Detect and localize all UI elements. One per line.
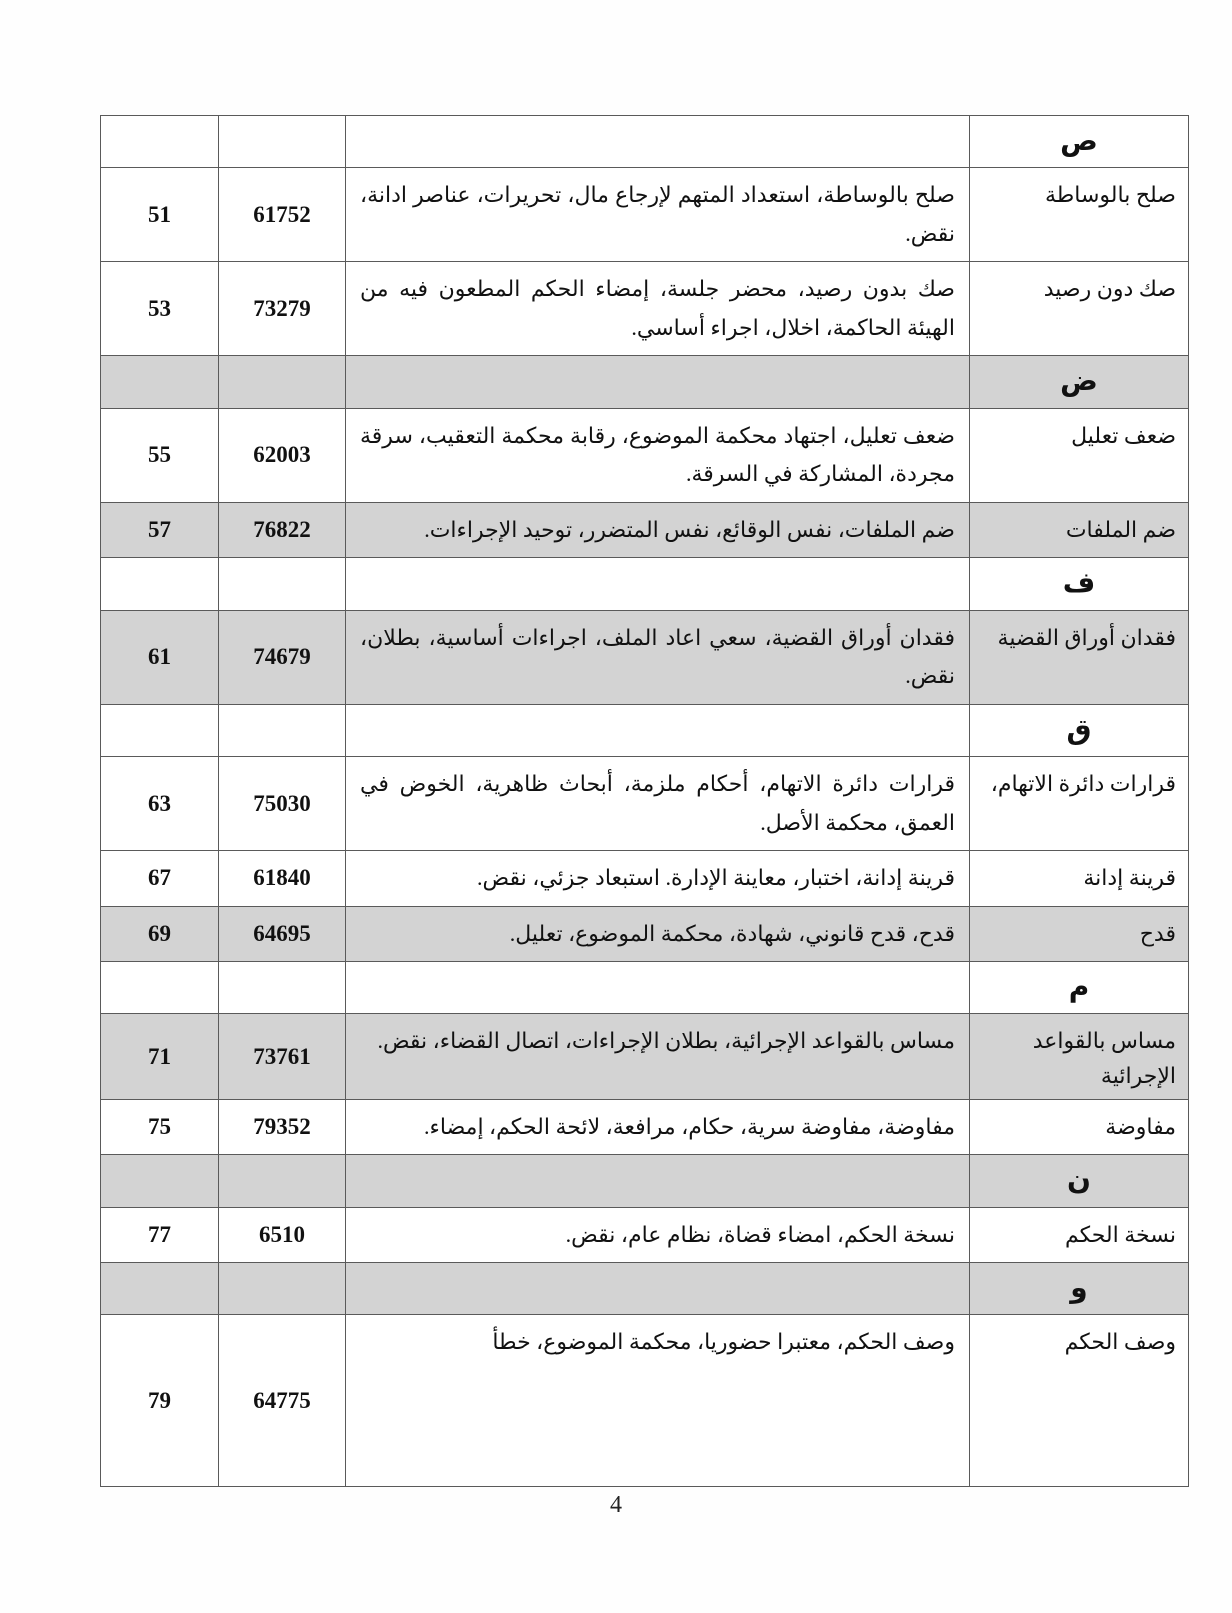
case-number-cell: 6510 [219, 1207, 346, 1263]
description-cell: فقدان أوراق القضية، سعي اعاد الملف، اجرا… [346, 610, 970, 704]
case-number-cell [219, 356, 346, 408]
case-number-cell: 73279 [219, 262, 346, 356]
table-row: ضعف تعليلضعف تعليل، اجتهاد محكمة الموضوع… [101, 408, 1189, 502]
letter-header-row: ض [101, 356, 1189, 408]
case-number-cell: 75030 [219, 757, 346, 851]
case-number-cell [219, 962, 346, 1014]
page-ref-cell [101, 356, 219, 408]
index-table-body: صصلح بالوساطةصلح بالوساطة، استعداد المته… [101, 116, 1189, 1487]
description-cell [346, 1263, 970, 1315]
case-number-cell [219, 704, 346, 756]
page-number: 4 [0, 1492, 1232, 1519]
case-number-cell: 76822 [219, 502, 346, 558]
page-ref-cell [101, 1155, 219, 1207]
description-cell: وصف الحكم، معتبرا حضوريا، محكمة الموضوع،… [346, 1315, 970, 1487]
description-cell [346, 704, 970, 756]
term-cell: صك دون رصيد [970, 262, 1189, 356]
letter-header-row: ق [101, 704, 1189, 756]
description-cell: قرارات دائرة الاتهام، أحكام ملزمة، أبحاث… [346, 757, 970, 851]
page-ref-cell [101, 116, 219, 168]
table-row: قرارات دائرة الاتهام،قرارات دائرة الاتها… [101, 757, 1189, 851]
page-ref-cell: 51 [101, 168, 219, 262]
term-cell: فقدان أوراق القضية [970, 610, 1189, 704]
term-cell: مفاوضة [970, 1099, 1189, 1155]
case-number-cell: 61840 [219, 851, 346, 907]
page-ref-cell [101, 704, 219, 756]
page-ref-cell: 67 [101, 851, 219, 907]
description-cell: صلح بالوساطة، استعداد المتهم لإرجاع مال،… [346, 168, 970, 262]
description-cell: صك بدون رصيد، محضر جلسة، إمضاء الحكم الم… [346, 262, 970, 356]
table-row: فقدان أوراق القضيةفقدان أوراق القضية، سع… [101, 610, 1189, 704]
case-number-cell [219, 1155, 346, 1207]
page-ref-cell: 71 [101, 1014, 219, 1099]
table-row: قرينة إدانةقرينة إدانة، اختبار، معاينة ا… [101, 851, 1189, 907]
term-cell: قرينة إدانة [970, 851, 1189, 907]
page-ref-cell: 79 [101, 1315, 219, 1487]
page-ref-cell: 57 [101, 502, 219, 558]
description-cell: مساس بالقواعد الإجرائية، بطلان الإجراءات… [346, 1014, 970, 1099]
letter-heading-cell: ق [970, 704, 1189, 756]
letter-header-row: ن [101, 1155, 1189, 1207]
case-number-cell [219, 1263, 346, 1315]
description-cell: قرينة إدانة، اختبار، معاينة الإدارة. است… [346, 851, 970, 907]
term-cell: ضم الملفات [970, 502, 1189, 558]
page-ref-cell [101, 962, 219, 1014]
letter-heading-cell: ض [970, 356, 1189, 408]
case-number-cell [219, 558, 346, 610]
table-row: نسخة الحكمنسخة الحكم، امضاء قضاة، نظام ع… [101, 1207, 1189, 1263]
term-cell: قرارات دائرة الاتهام، [970, 757, 1189, 851]
case-number-cell: 62003 [219, 408, 346, 502]
page-ref-cell: 53 [101, 262, 219, 356]
description-cell [346, 356, 970, 408]
term-cell: ضعف تعليل [970, 408, 1189, 502]
description-cell: قدح، قدح قانوني، شهادة، محكمة الموضوع، ت… [346, 906, 970, 962]
table-row: وصف الحكموصف الحكم، معتبرا حضوريا، محكمة… [101, 1315, 1189, 1487]
letter-heading-cell: ف [970, 558, 1189, 610]
page-ref-cell: 75 [101, 1099, 219, 1155]
letter-heading-cell: و [970, 1263, 1189, 1315]
letter-header-row: ف [101, 558, 1189, 610]
description-cell [346, 558, 970, 610]
table-row: قدحقدح، قدح قانوني، شهادة، محكمة الموضوع… [101, 906, 1189, 962]
description-cell [346, 962, 970, 1014]
index-table: صصلح بالوساطةصلح بالوساطة، استعداد المته… [100, 115, 1189, 1487]
table-row: صك دون رصيدصك بدون رصيد، محضر جلسة، إمضا… [101, 262, 1189, 356]
case-number-cell: 64775 [219, 1315, 346, 1487]
page-ref-cell: 77 [101, 1207, 219, 1263]
table-row: مفاوضةمفاوضة، مفاوضة سرية، حكام، مرافعة،… [101, 1099, 1189, 1155]
letter-header-row: م [101, 962, 1189, 1014]
case-number-cell: 74679 [219, 610, 346, 704]
description-cell: ضم الملفات، نفس الوقائع، نفس المتضرر، تو… [346, 502, 970, 558]
page-ref-cell [101, 558, 219, 610]
description-cell: نسخة الحكم، امضاء قضاة، نظام عام، نقض. [346, 1207, 970, 1263]
term-cell: صلح بالوساطة [970, 168, 1189, 262]
index-table-container: صصلح بالوساطةصلح بالوساطة، استعداد المته… [100, 115, 1128, 1487]
page-ref-cell: 63 [101, 757, 219, 851]
term-cell: وصف الحكم [970, 1315, 1189, 1487]
case-number-cell: 61752 [219, 168, 346, 262]
letter-heading-cell: ص [970, 116, 1189, 168]
description-cell: ضعف تعليل، اجتهاد محكمة الموضوع، رقابة م… [346, 408, 970, 502]
scanned-document-page: صصلح بالوساطةصلح بالوساطة، استعداد المته… [0, 0, 1232, 1613]
page-ref-cell: 61 [101, 610, 219, 704]
table-row: صلح بالوساطةصلح بالوساطة، استعداد المتهم… [101, 168, 1189, 262]
table-row: ضم الملفاتضم الملفات، نفس الوقائع، نفس ا… [101, 502, 1189, 558]
page-ref-cell: 69 [101, 906, 219, 962]
case-number-cell: 64695 [219, 906, 346, 962]
term-cell: نسخة الحكم [970, 1207, 1189, 1263]
term-cell: قدح [970, 906, 1189, 962]
description-cell [346, 116, 970, 168]
page-ref-cell: 55 [101, 408, 219, 502]
term-cell: مساس بالقواعد الإجرائية [970, 1014, 1189, 1099]
case-number-cell [219, 116, 346, 168]
table-row: مساس بالقواعد الإجرائيةمساس بالقواعد الإ… [101, 1014, 1189, 1099]
letter-heading-cell: م [970, 962, 1189, 1014]
page-ref-cell [101, 1263, 219, 1315]
letter-header-row: ص [101, 116, 1189, 168]
case-number-cell: 79352 [219, 1099, 346, 1155]
letter-heading-cell: ن [970, 1155, 1189, 1207]
letter-header-row: و [101, 1263, 1189, 1315]
description-cell: مفاوضة، مفاوضة سرية، حكام، مرافعة، لائحة… [346, 1099, 970, 1155]
case-number-cell: 73761 [219, 1014, 346, 1099]
description-cell [346, 1155, 970, 1207]
